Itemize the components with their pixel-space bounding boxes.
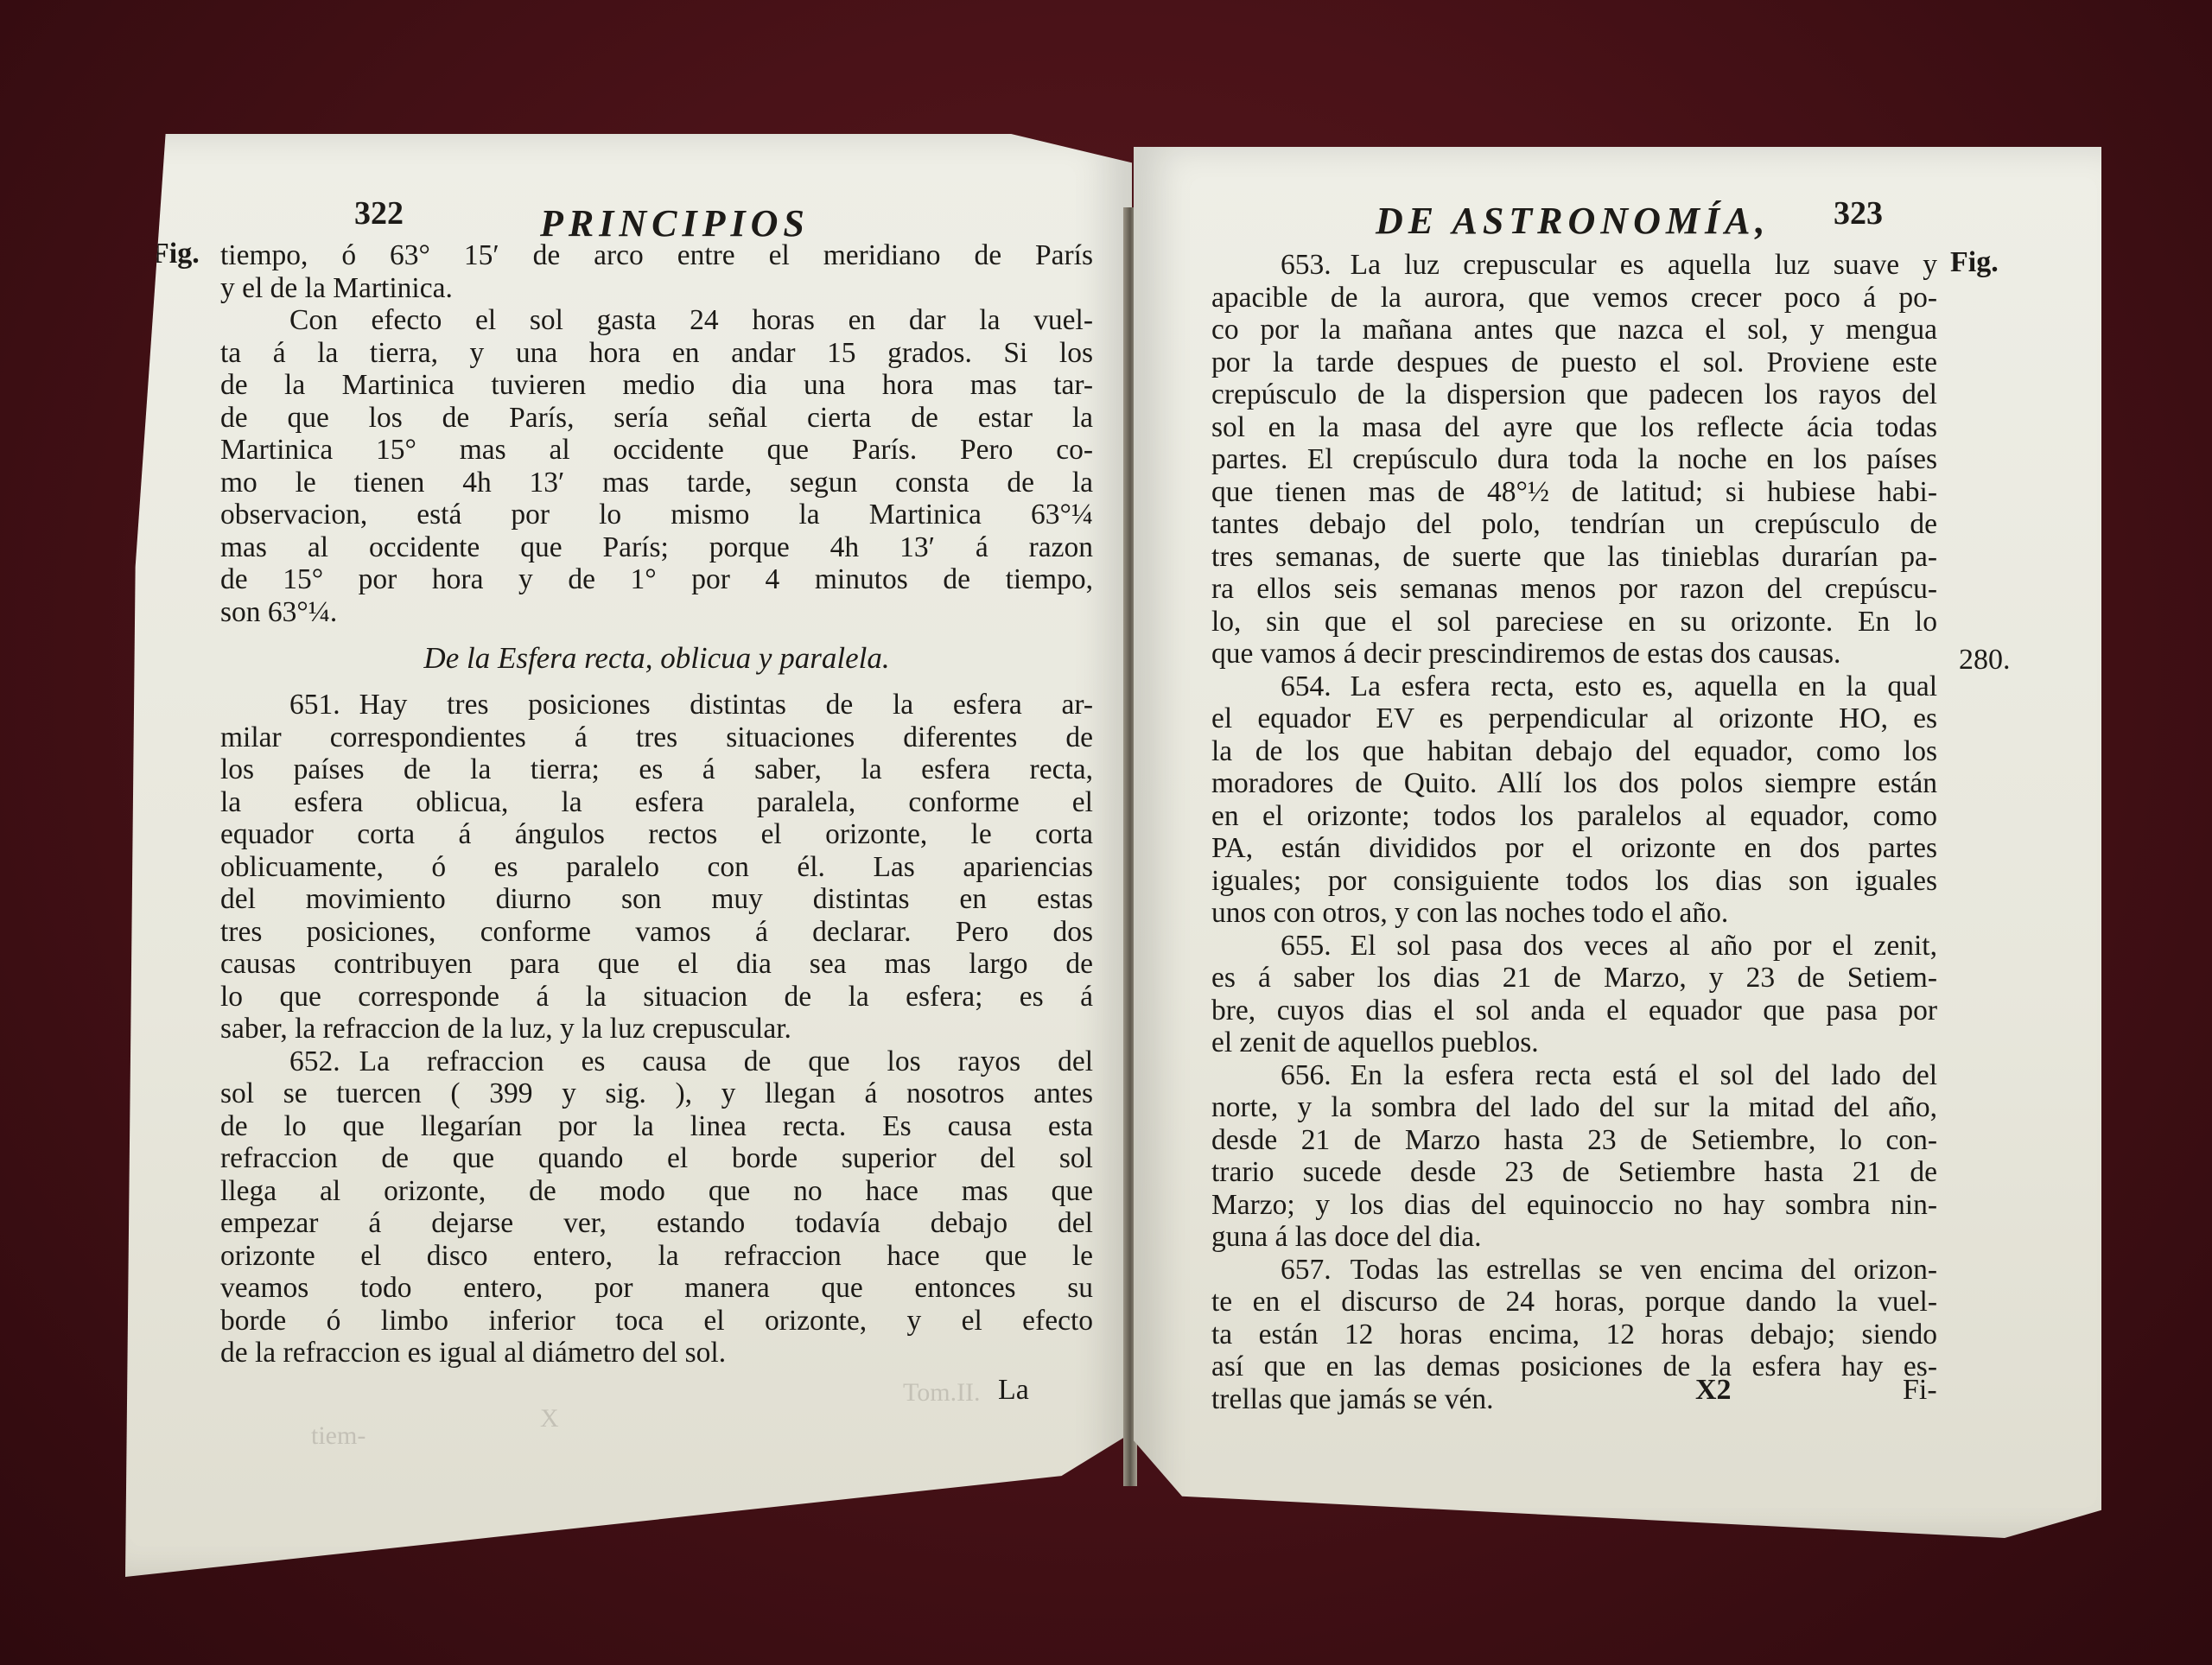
text-line: crepúsculo de la dispersion que padecen … [1211,378,1937,411]
bleed-through-text: Tom.II. [903,1378,981,1408]
right-fig-label: Fig. [1950,246,1999,279]
text-line: tres posiciones, conforme vamos á declar… [220,916,1093,949]
text-line: empezar á dejarse ver, estando todavía d… [220,1207,1093,1240]
text-line: moradores de Quito. Allí los dos polos s… [1211,767,1937,800]
text-line: los países de la tierra; es á saber, la … [220,753,1093,786]
open-book: 322 PRINCIPIOS Fig. tiempo, ó 63° 15′ de… [0,0,2212,1665]
text-line: Marzo; y los dias del equinoccio no hay … [1211,1189,1937,1222]
text-line: iguales; por consiguiente todos los dias… [1211,865,1937,898]
text-line: el zenit de aquellos pueblos. [1211,1026,1937,1059]
text-line: tantes debajo del polo, tendrían un crep… [1211,508,1937,541]
bleed-through-text: tiem- [311,1421,365,1451]
text-line: la esfera oblicua, la esfera paralela, c… [220,786,1093,819]
text-line: partes. El crepúsculo dura toda la noche… [1211,443,1937,476]
text-line: refraccion de que quando el borde superi… [220,1142,1093,1175]
text-line: el equador EV es perpendicular al orizon… [1211,702,1937,735]
text-line: es á saber los dias 21 de Marzo, y 23 de… [1211,962,1937,995]
text-line: por la tarde despues de puesto el sol. P… [1211,346,1937,379]
paragraph-651-first-line: 651.Hay tres posiciones distintas de la … [220,689,1093,721]
text-line: ra ellos seis semanas menos por razon de… [1211,573,1937,606]
text-line: ta están 12 horas encima, 12 horas debaj… [1211,1319,1937,1351]
left-text-block: tiempo, ó 63° 15′ de arco entre el merid… [220,239,1093,1369]
text-line: orizonte el disco entero, la refraccion … [220,1240,1093,1273]
text-line: que tienen mas de 48°½ de latitud; si hu… [1211,476,1937,509]
text-line: de 15° por hora y de 1° por 4 minutos de… [220,563,1093,596]
text-line: de la refraccion es igual al diámetro de… [220,1337,1093,1369]
text-line: de lo que llegarían por la linea recta. … [220,1110,1093,1143]
paragraph-655-first-line: 655.El sol pasa dos veces al año por el … [1211,930,1937,963]
text-line: que vamos á decir prescindiremos de esta… [1211,638,1937,670]
paragraph-number: 651. [289,689,340,721]
right-catchword: Fi- [1903,1374,1937,1407]
text-line: co por la mañana antes que nazca el sol,… [1211,314,1937,346]
left-page: 322 PRINCIPIOS Fig. tiempo, ó 63° 15′ de… [125,134,1132,1577]
text-line: ta á la tierra, y una hora en andar 15 g… [220,337,1093,370]
text-line: llega al orizonte, de modo que no hace m… [220,1175,1093,1208]
text-line: causas contribuyen para que el dia sea m… [220,948,1093,981]
signature-mark: X2 [1695,1374,1732,1407]
text-line: trario sucede desde 23 de Setiembre hast… [1211,1156,1937,1189]
right-text-block: 653.La luz crepuscular es aquella luz su… [1211,249,1937,1415]
margin-figure-ref: 280. [1959,644,2011,677]
right-page: DE ASTRONOMÍA, 323 Fig. 280. 653.La luz … [1134,147,2101,1538]
text-line: observacion, está por lo mismo la Martin… [220,499,1093,531]
bleed-through-text: X [540,1404,559,1433]
text-line: apacible de la aurora, que vemos crecer … [1211,282,1937,315]
paragraph-number: 653. [1281,249,1332,281]
text-line: mas al occidente que París; porque 4h 13… [220,531,1093,564]
paragraph-number: 654. [1281,670,1332,702]
paragraph-657-first-line: 657.Todas las estrellas se ven encima de… [1211,1254,1937,1287]
text-line: tres semanas, de suerte que las tiniebla… [1211,541,1937,574]
text-line: y el de la Martinica. [220,272,1093,305]
text-line: milar correspondientes á tres situacione… [220,721,1093,754]
text-line: te en el discurso de 24 horas, porque da… [1211,1286,1937,1319]
text-line: sol en la masa del ayre que los reflecte… [1211,411,1937,444]
text-line: mo le tienen 4h 13′ mas tarde, segun con… [220,467,1093,499]
paragraph-654-first-line: 654.La esfera recta, esto es, aquella en… [1211,670,1937,703]
text-line: lo que corresponde á la situacion de la … [220,981,1093,1014]
text-line: Con efecto el sol gasta 24 horas en dar … [220,304,1093,337]
left-page-number: 322 [354,194,404,232]
text-line: guna á las doce del dia. [1211,1221,1937,1254]
left-fig-label: Fig. [151,238,200,270]
text-line: sol se tuercen ( 399 y sig. ), y llegan … [220,1077,1093,1110]
text-line: son 63°¼. [220,596,1093,629]
text-line: del movimiento diurno son muy distintas … [220,883,1093,916]
text-line: desde 21 de Marzo hasta 23 de Setiembre,… [1211,1124,1937,1157]
text-line: tiempo, ó 63° 15′ de arco entre el merid… [220,239,1093,272]
text-line: en el orizonte; todos los paralelos al e… [1211,800,1937,833]
paragraph-number: 652. [289,1045,340,1077]
section-title: De la Esfera recta, oblicua y paralela. [220,628,1093,689]
right-page-number: 323 [1834,194,1883,232]
text-line: saber, la refraccion de la luz, y la luz… [220,1013,1093,1045]
text-line: equador corta á ángulos rectos el orizon… [220,818,1093,851]
text-line: así que en las demas posiciones de la es… [1211,1350,1937,1383]
text-line: la de los que habitan debajo del equador… [1211,735,1937,768]
text-line: unos con otros, y con las noches todo el… [1211,897,1937,930]
text-line: de que los de París, sería señal cierta … [220,402,1093,435]
text-line: lo, sin que el sol pareciese en su orizo… [1211,606,1937,639]
text-line: bre, cuyos dias el sol anda el equador q… [1211,995,1937,1027]
right-running-head: DE ASTRONOMÍA, [1376,199,1770,243]
text-line: de la Martinica tuvieren medio dia una h… [220,369,1093,402]
text-line: Martinica 15° mas al occidente que París… [220,434,1093,467]
left-catchword: La [998,1374,1029,1407]
paragraph-number: 656. [1281,1059,1332,1091]
text-line: veamos todo entero, por manera que enton… [220,1272,1093,1305]
text-line: trellas que jamás se vén. [1211,1383,1937,1416]
paragraph-656-first-line: 656.En la esfera recta está el sol del l… [1211,1059,1937,1092]
text-line: oblicuamente, ó es paralelo con él. Las … [220,851,1093,884]
text-line: PA, están divididos por el orizonte en d… [1211,832,1937,865]
text-line: norte, y la sombra del lado del sur la m… [1211,1091,1937,1124]
paragraph-652-first-line: 652.La refraccion es causa de que los ra… [220,1045,1093,1078]
paragraph-number: 657. [1281,1254,1332,1286]
text-line: borde ó limbo inferior toca el orizonte,… [220,1305,1093,1338]
paragraph-653-first-line: 653.La luz crepuscular es aquella luz su… [1211,249,1937,282]
paragraph-number: 655. [1281,930,1332,962]
